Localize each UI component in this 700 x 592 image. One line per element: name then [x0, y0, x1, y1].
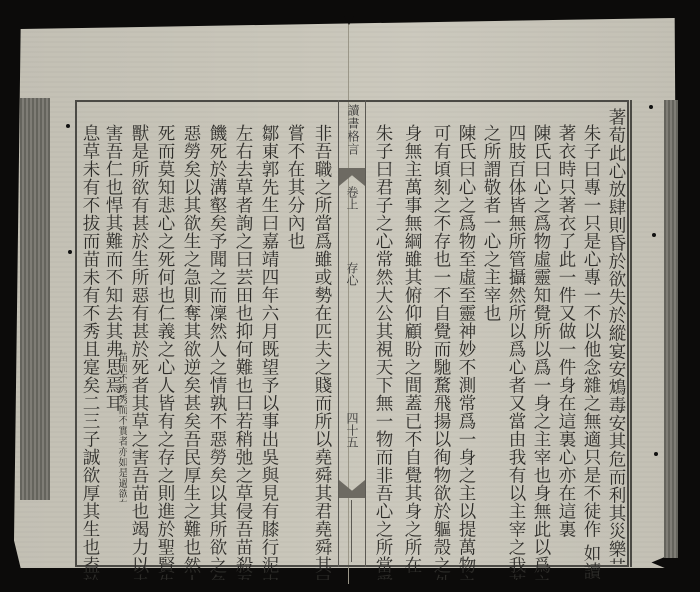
- text-column: 著衣時只著衣了此一件又做一件身在這裏心亦在這裏: [554, 124, 578, 580]
- text-column: 四肢百体皆無所管攝然所以爲心者又當由我有以主宰之我若而主宰: [504, 124, 528, 580]
- book-title: 讀書格言: [344, 104, 362, 156]
- text-column: 饑死於溝壑矣予聞之而凜然人之情孰不惡勞矣以其所欲之急則奪其: [205, 124, 229, 580]
- text-column: 朱子曰專一只是心專一不以他念雜之無適只是不徒作 如讀書時只讀書: [579, 124, 603, 580]
- text-column: 鄒東郭先生曰嘉靖四年六月既望予以事出吳與見有膝行泥中以手: [257, 124, 281, 580]
- frame-right-edge: [630, 100, 632, 567]
- text-column: 身無主萬事無綱雖其俯仰顧盼之間蓋已不自覺其身之所在: [400, 124, 424, 580]
- small-annotation-text: 苗而不秀秀而不實者亦如是過欲存理工夫上有淺深: [113, 352, 127, 502]
- text-column: 朱子曰君子之心常然大公其視天下無一物而非吾心之所當愛無一事而: [371, 124, 395, 580]
- top-notch: [344, 16, 354, 25]
- text-column: 陳氏曰心之爲物至虛至靈神妙不測常爲一身之主以提萬物之綱而不: [454, 124, 478, 580]
- left-edge-strip: [20, 98, 50, 500]
- binding-hole: [66, 124, 70, 128]
- text-column: 著荀此心放肆則昏於欲失於縱宴安鴆毒安其危而利其災樂其所以亡也: [604, 108, 628, 564]
- binding-hole: [68, 250, 72, 254]
- banxin-line: [351, 500, 352, 562]
- binding-hole: [654, 452, 658, 456]
- text-column: 非吾職之所當爲雖或勢在匹夫之賤而所以堯舜其君堯舜其民者亦未: [310, 124, 334, 580]
- binding-hole: [652, 233, 656, 237]
- text-column: 嘗不在其分內也: [283, 124, 307, 580]
- text-column: 陳氏曰心之爲物虛靈知覺所以爲一身之主宰也身無此以爲之主宰則: [529, 124, 553, 580]
- volume-label: 卷上: [345, 186, 361, 210]
- text-column: 之所謂敬者一心之主宰也: [479, 124, 503, 580]
- section-label: 存心: [345, 262, 361, 286]
- text-column: 左右去草者詢之曰芸田也抑何難也曰若稍弛之草侵吾苗殺吾之家將: [231, 124, 255, 580]
- binding-hole: [649, 105, 653, 109]
- text-column: 息草未有不拔而苗未有不秀且寔矣二三子誠欲厚其生也盍於是焉: [78, 124, 102, 580]
- text-column: 惡勞矣以其欲生之急則奪其欲逆矣甚矣吾民厚生之難也然人知身之: [179, 124, 203, 580]
- text-column: 可有頃刻之不存也一不自覺而馳騖飛揚以徇物欲於軀殼之外則一: [429, 124, 453, 580]
- page-number: 四十五: [345, 412, 361, 448]
- text-column: 獸是所欲有甚於生所惡有甚於死者其草之害吾苗也竭力以去之利欲之: [127, 124, 151, 580]
- text-column: 死而莫知悲心之死何也仁義之心人皆有之存之則進於聖賢失之則入於禽: [153, 124, 177, 580]
- right-edge-strip: [664, 100, 678, 558]
